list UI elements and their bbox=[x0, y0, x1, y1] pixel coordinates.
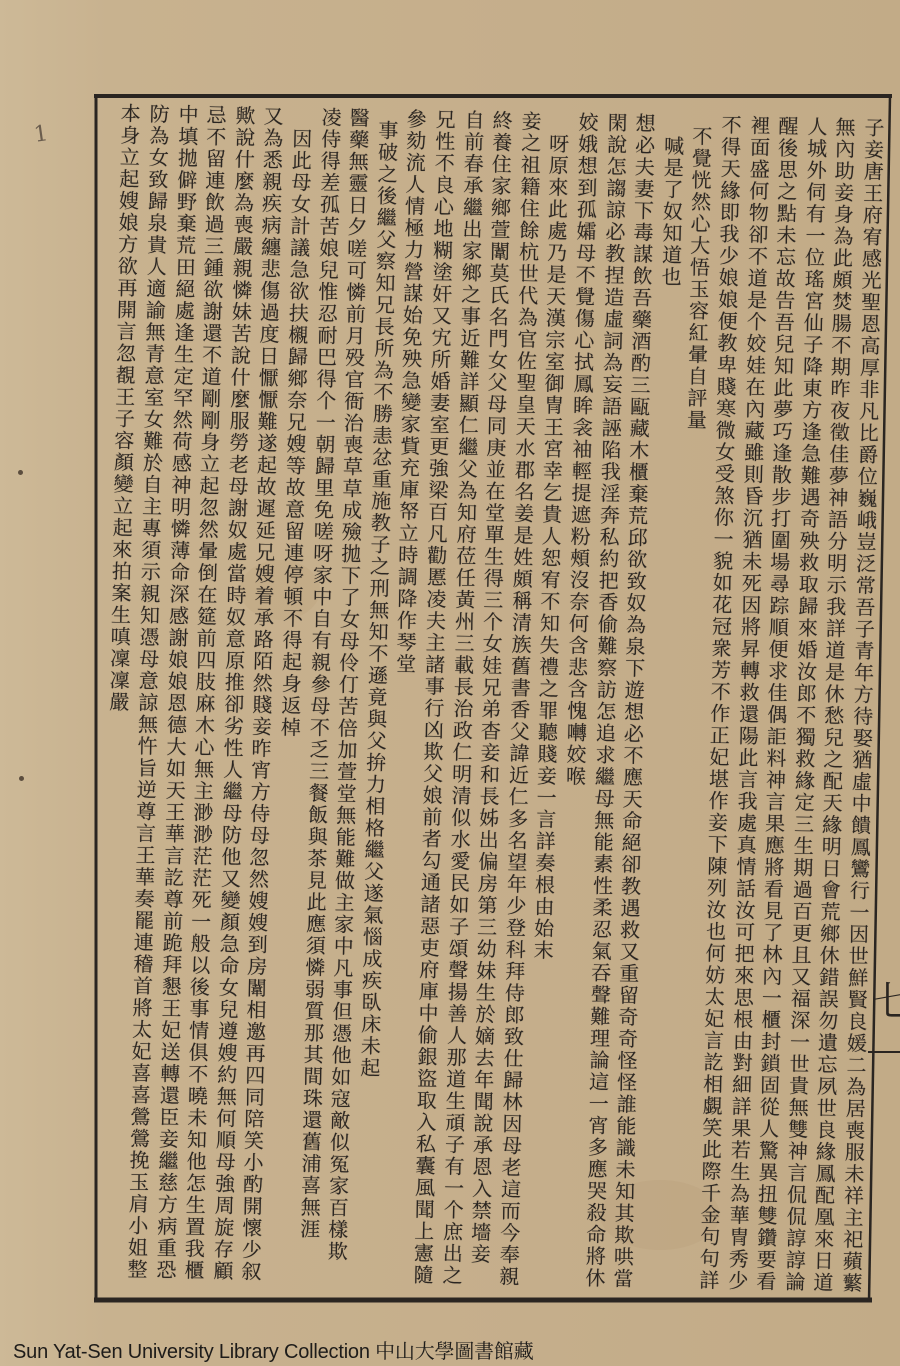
library-credit: Sun Yat-Sen University Library Collectio… bbox=[13, 1335, 534, 1364]
text-column: 不覺恍然心大悟玉容紅暈自評量 bbox=[683, 126, 713, 432]
vertical-text-body: 子妾唐王府宥感光聖恩高厚非凡比爵位巍峨豈泛常吾子青年方待娶猶虛中饋鳳鸞行一因世鮮… bbox=[0, 0, 900, 1366]
text-column: 喊是了奴知道也 bbox=[658, 135, 685, 288]
scanned-page: 1 七 子妾唐王府宥感光聖恩高厚非凡比爵位巍峨豈泛常吾子青年方待娶猶虛中饋鳳鸞行… bbox=[0, 0, 900, 1366]
